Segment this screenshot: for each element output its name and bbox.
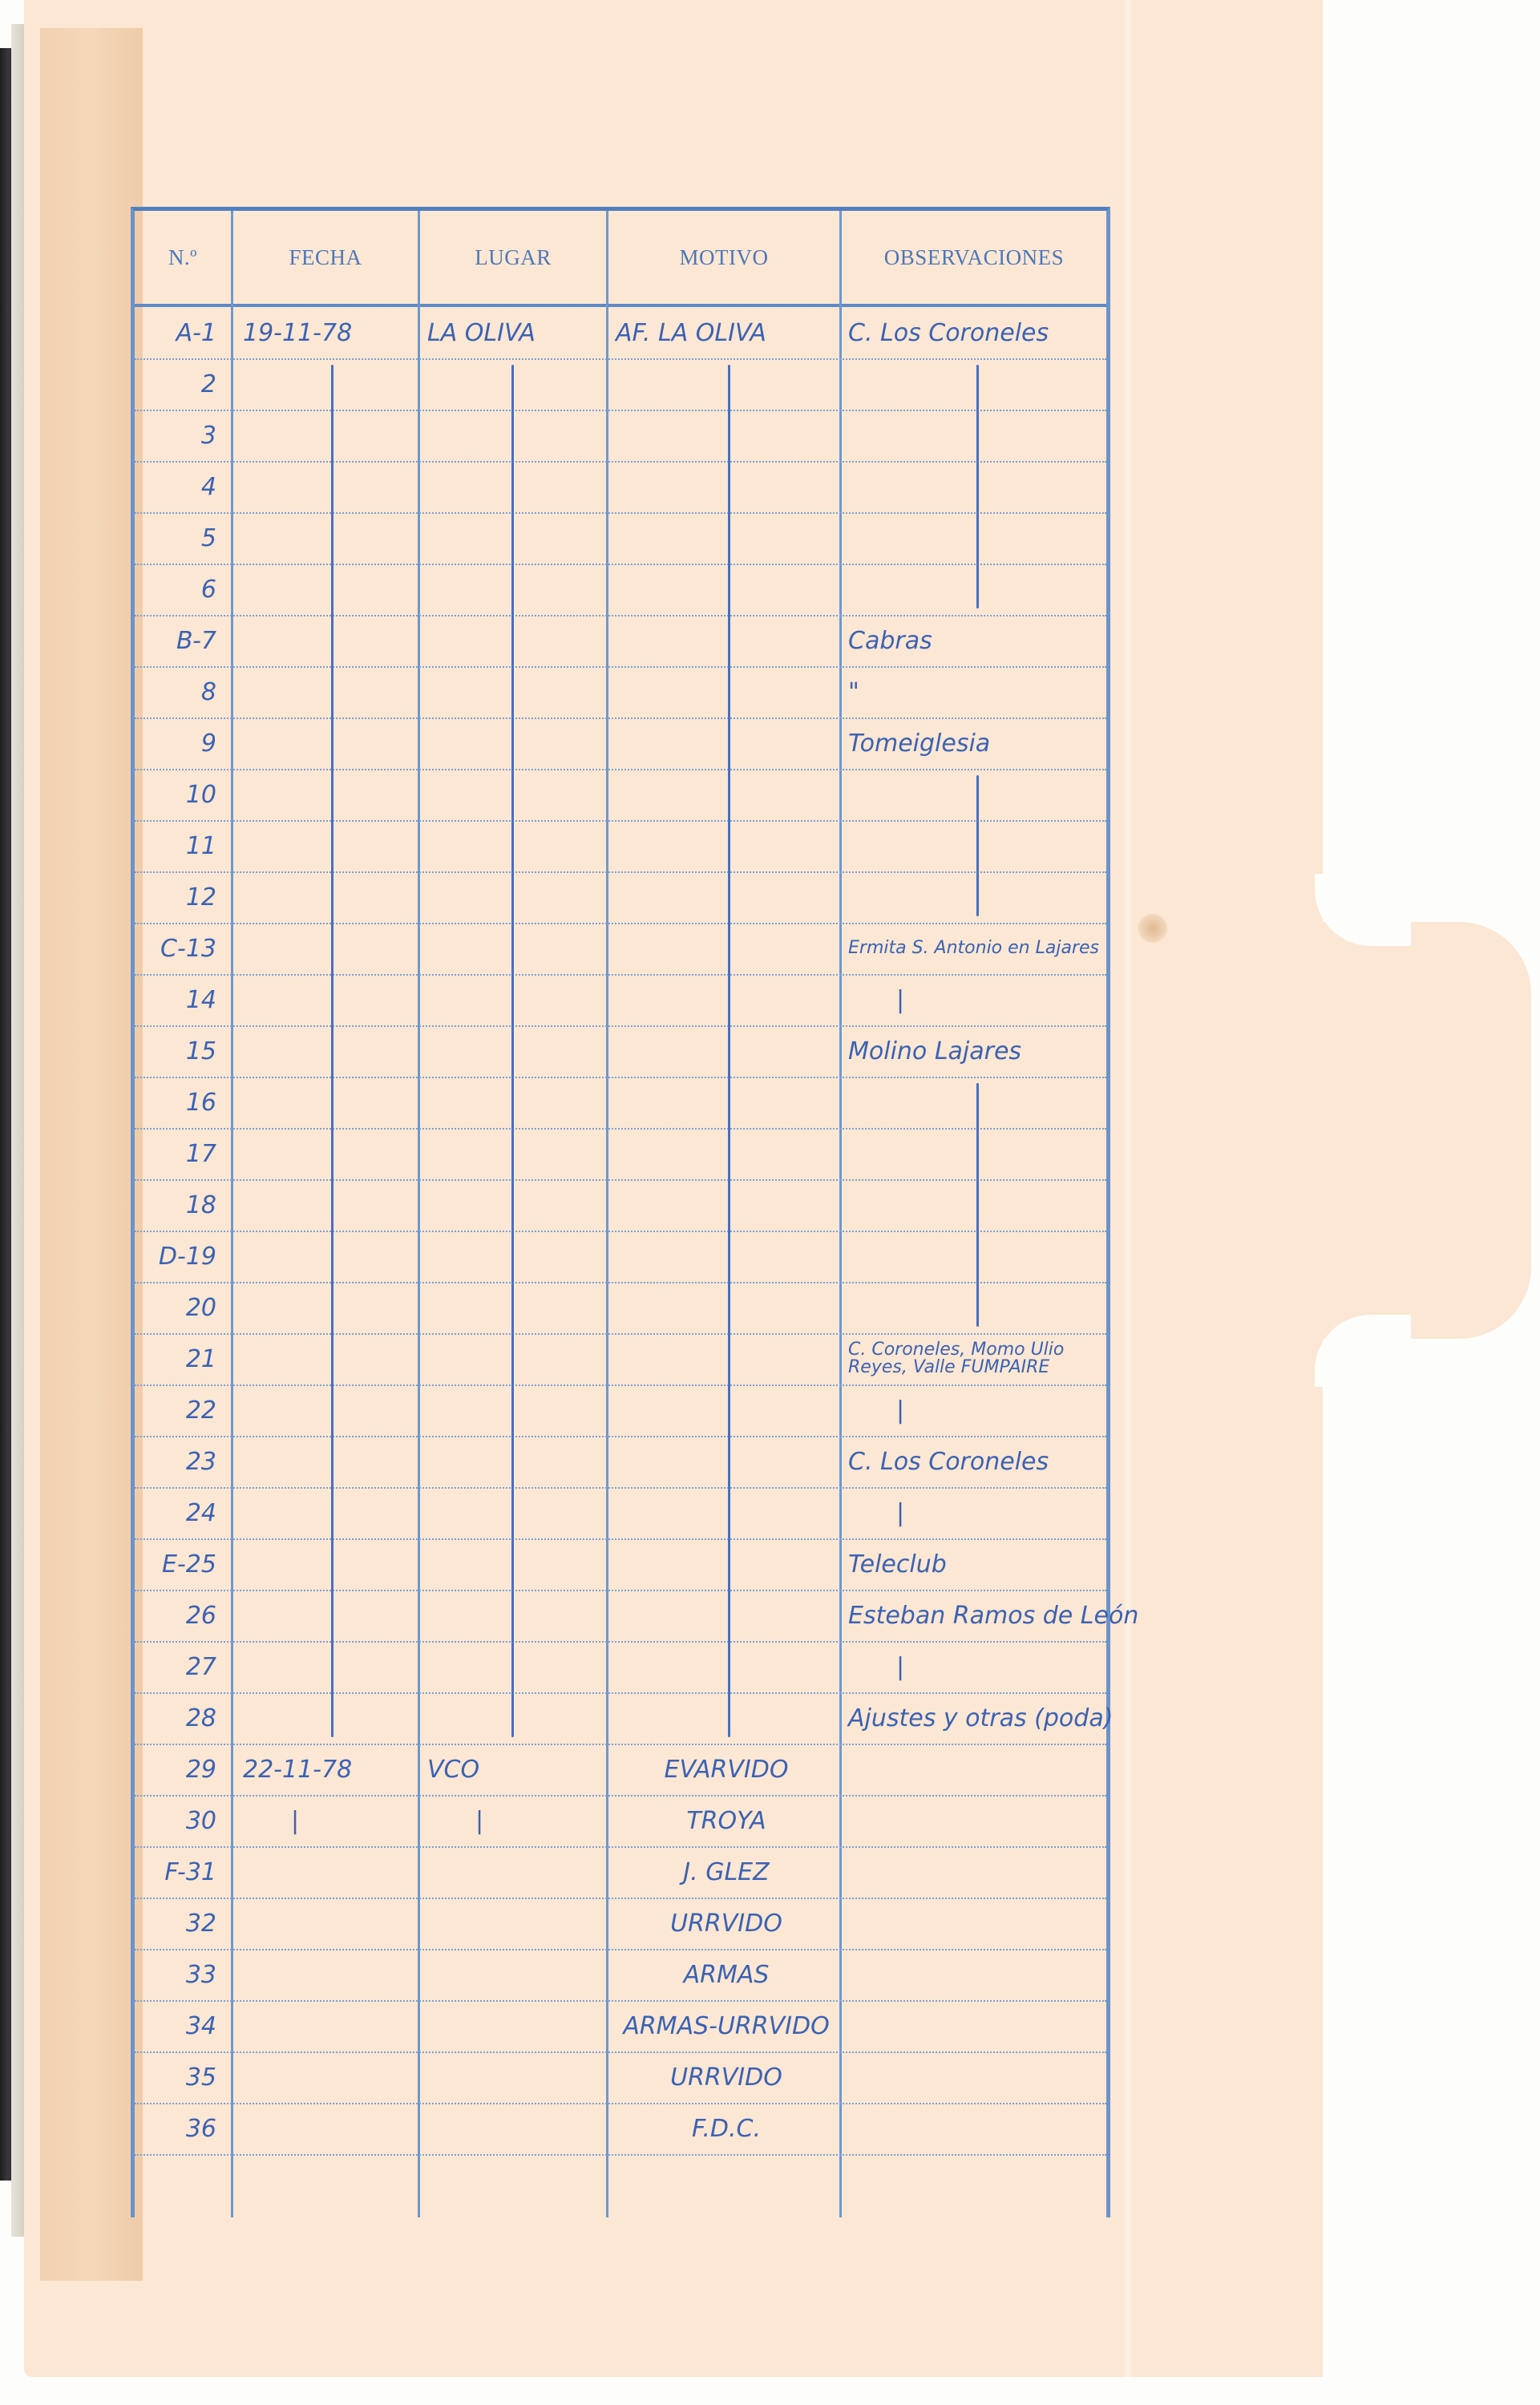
- cell-motivo: [616, 512, 837, 564]
- cell-observaciones: Tomeiglesia: [848, 717, 1105, 769]
- table-row: 17: [135, 1128, 1106, 1181]
- cell-numero: 11: [135, 820, 231, 871]
- header-numero: N.º: [135, 211, 231, 304]
- cell-numero: 29: [135, 1744, 231, 1795]
- card-index-tab: [1315, 922, 1531, 1339]
- table-row: 14|: [135, 974, 1106, 1027]
- cell-numero: E-25: [135, 1538, 231, 1590]
- cell-lugar: [427, 1436, 604, 1487]
- cell-numero: 9: [135, 717, 231, 769]
- table-row: 8": [135, 666, 1106, 719]
- cell-numero: 33: [135, 1949, 231, 2000]
- cell-motivo: [616, 1487, 837, 1538]
- cell-motivo: [616, 923, 837, 974]
- cell-lugar: [427, 923, 604, 974]
- cell-motivo: [616, 1077, 837, 1128]
- cell-lugar: [427, 1077, 604, 1128]
- cell-observaciones: C. Los Coroneles: [848, 1436, 1105, 1487]
- table-row: 11: [135, 820, 1106, 873]
- cell-lugar: LA OLIVA: [427, 307, 604, 358]
- cell-numero: 23: [135, 1436, 231, 1487]
- cell-lugar: [427, 1641, 604, 1692]
- cell-lugar: [427, 512, 604, 564]
- header-motivo: MOTIVO: [608, 211, 839, 304]
- cell-motivo: F.D.C.: [616, 2103, 837, 2154]
- cell-motivo: EVARVIDO: [616, 1744, 837, 1795]
- cell-numero: 16: [135, 1077, 231, 1128]
- cell-fecha: [243, 1538, 415, 1590]
- cell-observaciones: |: [848, 1487, 1153, 1538]
- cell-fecha: [243, 820, 415, 871]
- table-header: N.º FECHA LUGAR MOTIVO OBSERVACIONES: [135, 211, 1106, 307]
- cell-motivo: [616, 1692, 837, 1744]
- cell-fecha: [243, 1179, 415, 1231]
- table-row: 3: [135, 410, 1106, 463]
- table-row: 36F.D.C.: [135, 2103, 1106, 2156]
- cell-motivo: [616, 1231, 837, 1282]
- cell-observaciones: ": [848, 666, 1105, 717]
- cell-fecha: [243, 1436, 415, 1487]
- cell-numero: 2: [135, 358, 231, 410]
- cell-numero: 15: [135, 1025, 231, 1077]
- cell-lugar: [427, 769, 604, 820]
- cell-lugar: [427, 820, 604, 871]
- cell-motivo: URRVIDO: [616, 2051, 837, 2103]
- cell-numero: A-1: [135, 307, 231, 358]
- cell-motivo: [616, 1538, 837, 1590]
- cell-lugar: [427, 1487, 604, 1538]
- cell-motivo: [616, 666, 837, 717]
- table-row: 33ARMAS: [135, 1949, 1106, 2002]
- cell-fecha: [243, 1384, 415, 1436]
- cell-fecha: [243, 871, 415, 923]
- table-row: A-119-11-78LA OLIVAAF. LA OLIVAC. Los Co…: [135, 307, 1106, 360]
- cell-lugar: [427, 358, 604, 410]
- cell-fecha: 19-11-78: [243, 307, 415, 358]
- table-row: 4: [135, 461, 1106, 514]
- cell-motivo: [616, 1436, 837, 1487]
- ditto-mark-line: [976, 1083, 979, 1327]
- cell-motivo: [616, 974, 837, 1025]
- cell-numero: 5: [135, 512, 231, 564]
- table-row: 34ARMAS-URRVIDO: [135, 2000, 1106, 2053]
- cell-fecha: [243, 1025, 415, 1077]
- cell-numero: 22: [135, 1384, 231, 1436]
- header-observaciones: OBSERVACIONES: [842, 211, 1106, 304]
- cell-lugar: [427, 1025, 604, 1077]
- cell-lugar: [427, 717, 604, 769]
- cell-motivo: [616, 1333, 837, 1384]
- cell-fecha: [243, 1641, 415, 1692]
- ditto-mark-line: [976, 775, 979, 916]
- cell-numero: 20: [135, 1282, 231, 1333]
- cell-observaciones: Cabras: [848, 615, 1105, 666]
- cell-fecha: [243, 1692, 415, 1744]
- table-row: F-31J. GLEZ: [135, 1846, 1106, 1899]
- cell-fecha: [243, 358, 415, 410]
- cell-motivo: [616, 1128, 837, 1179]
- cell-numero: B-7: [135, 615, 231, 666]
- cell-lugar: [427, 1179, 604, 1231]
- ditto-mark-line: [331, 365, 333, 1737]
- cell-observaciones: [848, 1898, 1105, 1949]
- cell-numero: 3: [135, 410, 231, 461]
- cell-numero: 24: [135, 1487, 231, 1538]
- cell-lugar: [427, 2051, 604, 2103]
- adhesive-tape-strip: [40, 28, 143, 2281]
- cell-motivo: J. GLEZ: [616, 1846, 837, 1898]
- cell-fecha: [243, 974, 415, 1025]
- table-row: 20: [135, 1282, 1106, 1335]
- table-row: E-25Teleclub: [135, 1538, 1106, 1591]
- cell-fecha: [243, 1333, 415, 1384]
- cell-lugar: [427, 2103, 604, 2154]
- table-row: C-13Ermita S. Antonio en Lajares: [135, 923, 1106, 976]
- cell-fecha: [243, 2051, 415, 2103]
- cell-fecha: [243, 923, 415, 974]
- cell-motivo: [616, 1641, 837, 1692]
- cell-fecha: [243, 2103, 415, 2154]
- cell-numero: 28: [135, 1692, 231, 1744]
- cell-fecha: [243, 717, 415, 769]
- cell-observaciones: Esteban Ramos de León: [848, 1590, 1105, 1641]
- cell-numero: D-19: [135, 1231, 231, 1282]
- cell-numero: C-13: [135, 923, 231, 974]
- cell-motivo: ARMAS-URRVIDO: [616, 2000, 837, 2051]
- cell-observaciones: |: [848, 1384, 1153, 1436]
- table-row: B-7Cabras: [135, 615, 1106, 668]
- cell-motivo: [616, 358, 837, 410]
- header-lugar: LUGAR: [420, 211, 606, 304]
- table-row: 9Tomeiglesia: [135, 717, 1106, 770]
- cell-observaciones: Teleclub: [848, 1538, 1105, 1590]
- cell-fecha: [243, 1898, 415, 1949]
- table-row: D-19: [135, 1231, 1106, 1283]
- cell-fecha: [243, 1949, 415, 2000]
- cell-lugar: [427, 1231, 604, 1282]
- cell-numero: 4: [135, 461, 231, 512]
- cell-observaciones: C. Los Coroneles: [848, 307, 1105, 358]
- cell-fecha: [243, 512, 415, 564]
- cell-observaciones: [848, 2051, 1105, 2103]
- cell-numero: 36: [135, 2103, 231, 2154]
- cell-lugar: [427, 1590, 604, 1641]
- cell-fecha: 22-11-78: [243, 1744, 415, 1795]
- cell-observaciones: Ermita S. Antonio en Lajares: [848, 923, 1105, 974]
- cell-motivo: [616, 871, 837, 923]
- cell-motivo: [616, 820, 837, 871]
- table-row: 16: [135, 1077, 1106, 1130]
- cell-fecha: [243, 1128, 415, 1179]
- table-row: 2: [135, 358, 1106, 411]
- cell-fecha: [243, 666, 415, 717]
- cell-fecha: [243, 564, 415, 615]
- cell-lugar: [427, 1333, 604, 1384]
- cell-fecha: [243, 1282, 415, 1333]
- cell-motivo: [616, 615, 837, 666]
- cell-lugar: [427, 615, 604, 666]
- cell-lugar: [427, 1949, 604, 2000]
- cell-fecha: [243, 1231, 415, 1282]
- cell-motivo: [616, 717, 837, 769]
- cell-motivo: [616, 410, 837, 461]
- header-fecha: FECHA: [233, 211, 418, 304]
- cell-numero: 21: [135, 1333, 231, 1384]
- cell-fecha: [243, 410, 415, 461]
- table-row: 30||TROYA: [135, 1795, 1106, 1848]
- table-row: 23C. Los Coroneles: [135, 1436, 1106, 1489]
- cell-lugar: [427, 1538, 604, 1590]
- ditto-mark-line: [511, 365, 514, 1737]
- table-row: 18: [135, 1179, 1106, 1232]
- cell-motivo: AF. LA OLIVA: [616, 307, 837, 358]
- table-row: 28Ajustes y otras (poda): [135, 1692, 1106, 1745]
- table-row: 21C. Coroneles, Momo Ulio Reyes, Valle F…: [135, 1333, 1106, 1386]
- table-row: 10: [135, 769, 1106, 822]
- table-row: 32URRVIDO: [135, 1898, 1106, 1950]
- cell-motivo: [616, 769, 837, 820]
- table-row: 6: [135, 564, 1106, 616]
- table-row: 24|: [135, 1487, 1106, 1540]
- cell-observaciones: |: [848, 974, 1153, 1025]
- cell-observaciones: [848, 2103, 1105, 2154]
- cell-motivo: [616, 1282, 837, 1333]
- cell-fecha: [243, 1487, 415, 1538]
- cell-numero: 8: [135, 666, 231, 717]
- cell-fecha: [243, 2000, 415, 2051]
- cell-numero: 30: [135, 1795, 231, 1846]
- card-fold-line: [1122, 0, 1134, 2377]
- cell-fecha: [243, 769, 415, 820]
- cell-numero: 12: [135, 871, 231, 923]
- cell-lugar: [427, 461, 604, 512]
- cell-motivo: [616, 1025, 837, 1077]
- cell-fecha: [243, 1590, 415, 1641]
- cell-lugar: [427, 1128, 604, 1179]
- cell-numero: 17: [135, 1128, 231, 1179]
- table-row: 27|: [135, 1641, 1106, 1694]
- cell-observaciones: [848, 1795, 1105, 1846]
- cell-lugar: [427, 1384, 604, 1436]
- cell-observaciones: C. Coroneles, Momo Ulio Reyes, Valle FUM…: [848, 1333, 1105, 1384]
- cell-lugar: [427, 871, 604, 923]
- cell-fecha: [243, 1846, 415, 1898]
- cell-numero: 32: [135, 1898, 231, 1949]
- cell-motivo: [616, 1590, 837, 1641]
- cell-motivo: [616, 1179, 837, 1231]
- cell-numero: 35: [135, 2051, 231, 2103]
- cell-motivo: [616, 1384, 837, 1436]
- cell-observaciones: Ajustes y otras (poda): [848, 1692, 1105, 1744]
- table-row: 26Esteban Ramos de León: [135, 1590, 1106, 1643]
- ditto-mark-line: [976, 365, 979, 608]
- table-row: 22|: [135, 1384, 1106, 1437]
- cell-lugar: [427, 2000, 604, 2051]
- cell-observaciones: [848, 1949, 1105, 2000]
- cell-observaciones: |: [848, 1641, 1153, 1692]
- cell-lugar: [427, 1282, 604, 1333]
- table-row: 5: [135, 512, 1106, 565]
- cell-fecha: [243, 1077, 415, 1128]
- cell-numero: 10: [135, 769, 231, 820]
- cell-observaciones: [848, 2000, 1105, 2051]
- cell-lugar: [427, 564, 604, 615]
- ditto-mark-line: [728, 365, 730, 1737]
- cell-lugar: [427, 974, 604, 1025]
- table-row: 12: [135, 871, 1106, 924]
- cell-lugar: [427, 666, 604, 717]
- table-row: 15Molino Lajares: [135, 1025, 1106, 1078]
- cell-numero: 27: [135, 1641, 231, 1692]
- cell-numero: 18: [135, 1179, 231, 1231]
- register-table: N.º FECHA LUGAR MOTIVO OBSERVACIONES A-1…: [131, 207, 1110, 2217]
- cell-numero: 34: [135, 2000, 231, 2051]
- cell-motivo: TROYA: [616, 1795, 837, 1846]
- cell-lugar: [427, 410, 604, 461]
- cell-motivo: [616, 461, 837, 512]
- cell-observaciones: [848, 1744, 1105, 1795]
- table-row: 35URRVIDO: [135, 2051, 1106, 2104]
- cell-fecha: [243, 461, 415, 512]
- cell-lugar: [427, 1692, 604, 1744]
- cell-numero: F-31: [135, 1846, 231, 1898]
- cell-lugar: [427, 1846, 604, 1898]
- paper-stain: [1138, 914, 1167, 943]
- table-row: 2922-11-78VCOEVARVIDO: [135, 1744, 1106, 1797]
- cell-observaciones: [848, 1846, 1105, 1898]
- cell-motivo: URRVIDO: [616, 1898, 837, 1949]
- cell-lugar: [427, 1898, 604, 1949]
- cell-numero: 26: [135, 1590, 231, 1641]
- cell-motivo: [616, 564, 837, 615]
- cell-fecha: [243, 615, 415, 666]
- cell-motivo: ARMAS: [616, 1949, 837, 2000]
- cell-lugar: VCO: [427, 1744, 604, 1795]
- cell-numero: 14: [135, 974, 231, 1025]
- cell-numero: 6: [135, 564, 231, 615]
- cell-observaciones: Molino Lajares: [848, 1025, 1105, 1077]
